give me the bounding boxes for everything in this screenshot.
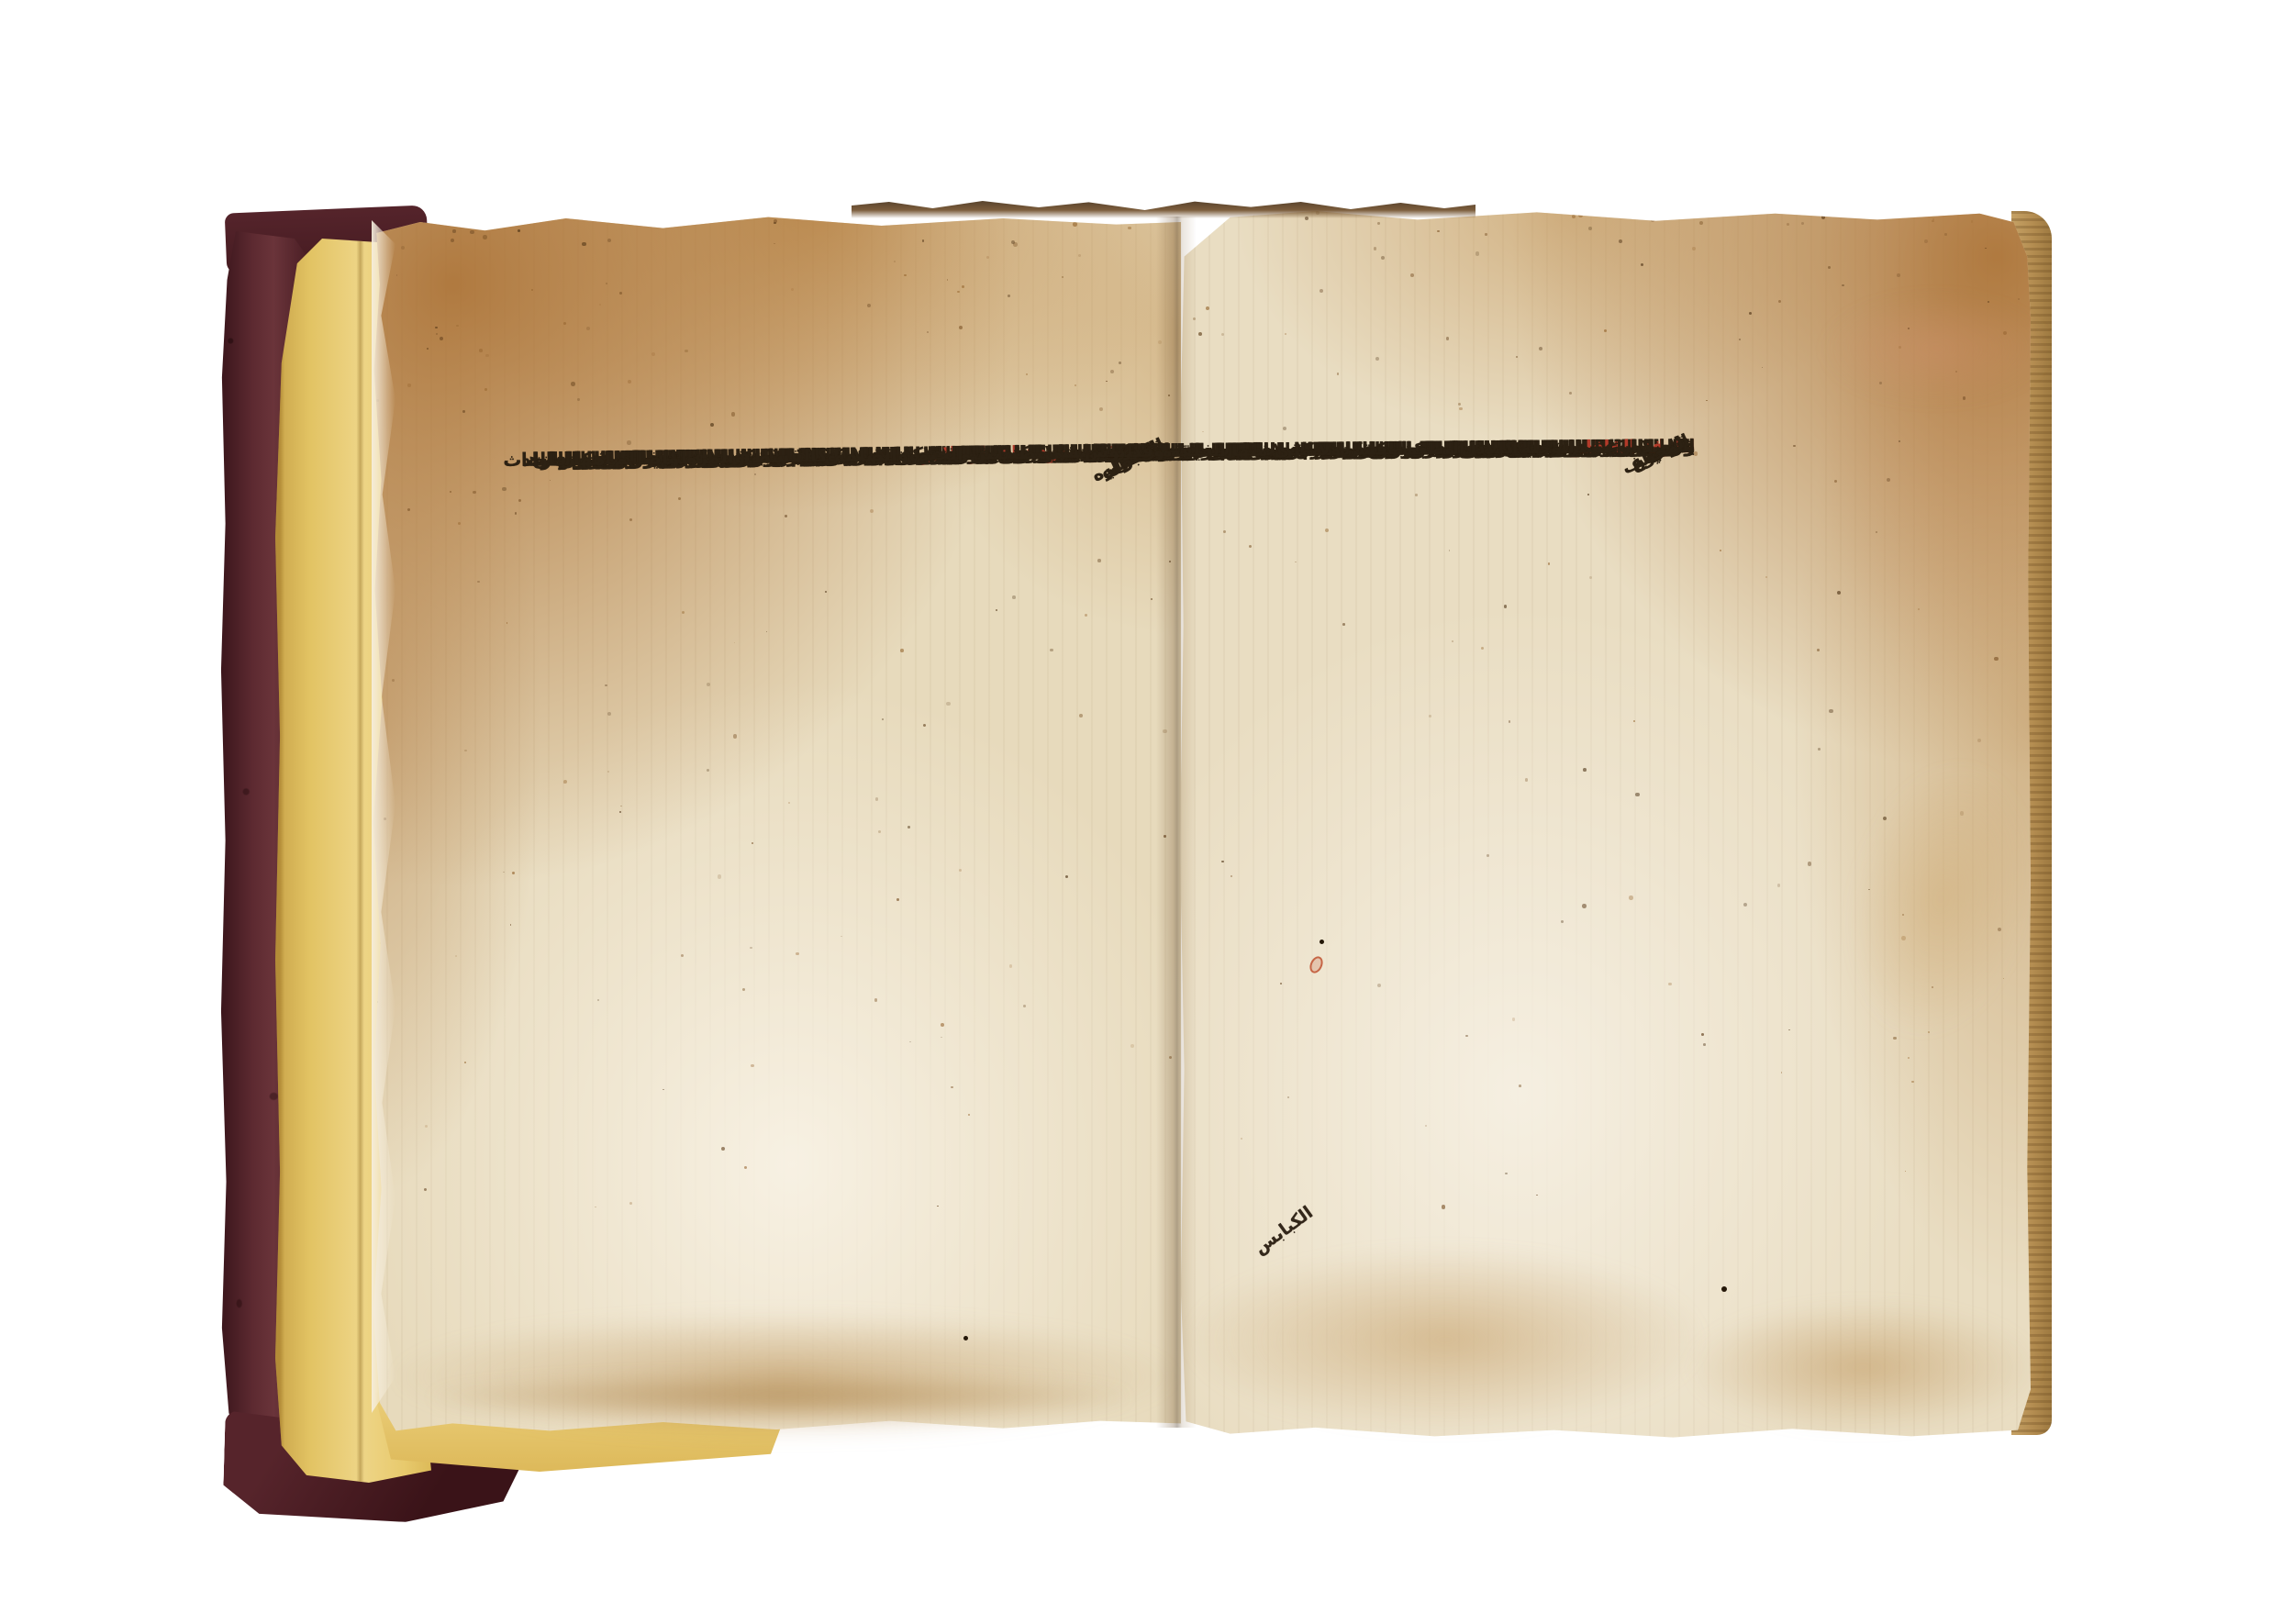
foxing-speck	[392, 679, 395, 682]
foxing-speck	[1320, 289, 1323, 293]
foxing-speck	[1337, 373, 1340, 375]
foxing-speck	[1949, 207, 1951, 209]
foxing-speck	[875, 797, 879, 801]
foxing-speck	[882, 718, 884, 720]
foxing-speck	[874, 998, 878, 1002]
foxing-speck	[731, 412, 736, 417]
foxing-speck	[1249, 545, 1252, 548]
foxing-speck	[922, 239, 925, 242]
foxing-speck	[706, 211, 707, 213]
foxing-speck	[1720, 212, 1721, 214]
foxing-speck	[1850, 210, 1852, 212]
foxing-speck	[1130, 1044, 1134, 1048]
foxing-speck	[1381, 256, 1385, 260]
foxing-speck	[1699, 221, 1703, 225]
foxing-speck	[1706, 400, 1708, 402]
foxing-speck	[572, 211, 574, 214]
foxing-speck	[1012, 595, 1016, 599]
foxing-speck	[1425, 1125, 1428, 1128]
foxing-speck	[1459, 407, 1463, 411]
foxing-speck	[1918, 608, 1920, 610]
foxing-speck	[1561, 920, 1564, 923]
foxing-speck	[651, 352, 656, 357]
foxing-speck	[1692, 247, 1696, 250]
foxing-speck	[1588, 227, 1592, 230]
foxing-speck	[941, 1037, 942, 1039]
foxing-speck	[518, 499, 521, 502]
foxing-speck	[1644, 209, 1648, 213]
foxing-speck	[1009, 964, 1013, 968]
foxing-speck	[894, 261, 896, 262]
foxing-speck	[957, 291, 960, 294]
foxing-speck	[947, 279, 949, 281]
foxing-speck	[1604, 329, 1607, 332]
foxing-speck	[1634, 208, 1637, 211]
pink-smear-top-right	[1821, 294, 2051, 404]
foxing-speck	[1828, 266, 1831, 269]
manuscript-photo: الراسي يحون الريح والمرو سهمان جوز الريح…	[0, 0, 2294, 1624]
foxing-speck	[1818, 748, 1821, 751]
foxing-speck	[1476, 251, 1480, 256]
foxing-speck	[1536, 1195, 1538, 1196]
foxing-speck	[1375, 357, 1379, 361]
foxing-speck	[766, 631, 768, 633]
foxing-speck	[518, 229, 520, 232]
foxing-speck	[1099, 407, 1103, 411]
foxing-speck	[742, 988, 745, 991]
foxing-speck	[1589, 576, 1593, 580]
foxing-speck	[682, 611, 685, 614]
foxing-speck	[424, 1188, 427, 1191]
foxing-speck	[1765, 576, 1767, 578]
foxing-speck	[1837, 591, 1841, 595]
foxing-speck	[1011, 240, 1015, 244]
foxing-speck	[607, 239, 611, 242]
foxing-speck	[1578, 213, 1583, 217]
foxing-speck	[908, 826, 910, 829]
foxing-speck	[1283, 427, 1286, 430]
foxing-speck	[1582, 904, 1587, 908]
foxing-speck	[1834, 480, 1837, 483]
foxing-speck	[473, 491, 475, 494]
foxing-speck	[1650, 215, 1654, 218]
foxing-speck	[477, 581, 479, 583]
foxing-speck	[1026, 373, 1028, 375]
darkened-head-edge	[852, 200, 1476, 218]
foxing-speck	[1572, 215, 1576, 218]
foxing-speck	[785, 515, 787, 517]
foxing-speck	[1128, 227, 1130, 229]
foxing-speck	[629, 518, 632, 521]
gutter-fold-shadow	[1156, 217, 1197, 1428]
foxing-speck	[485, 354, 488, 357]
foxing-speck	[607, 712, 611, 716]
foxing-speck	[1487, 854, 1489, 857]
foxing-speck	[1073, 222, 1077, 227]
foxing-speck	[986, 256, 989, 259]
foxing-speck	[1490, 207, 1494, 211]
foxing-speck	[1415, 494, 1417, 495]
foxing-speck	[1994, 657, 1998, 661]
foxing-speck	[900, 649, 904, 652]
foxing-speck	[464, 750, 467, 752]
foxing-speck	[628, 380, 631, 384]
foxing-speck	[1519, 1085, 1521, 1087]
foxing-speck	[874, 218, 877, 221]
foxing-speck	[1198, 332, 1202, 336]
foxing-speck	[1202, 431, 1204, 433]
foxing-speck	[1793, 445, 1796, 448]
foxing-speck	[577, 398, 579, 400]
foxing-speck	[878, 830, 881, 833]
foxing-speck	[597, 999, 599, 1001]
foxing-speck	[951, 1086, 953, 1089]
foxing-speck	[721, 1147, 725, 1151]
foxing-speck	[1023, 1005, 1026, 1007]
foxing-speck	[401, 246, 405, 250]
foxing-speck	[599, 304, 601, 306]
foxing-speck	[1898, 207, 1899, 209]
foxing-speck	[1241, 1138, 1242, 1140]
foxing-speck	[436, 333, 438, 335]
foxing-speck	[1905, 1171, 1907, 1173]
foxing-speck	[629, 1202, 632, 1205]
foxing-speck	[620, 806, 622, 807]
foxing-speck	[1097, 559, 1101, 562]
foxing-speck	[1817, 649, 1820, 651]
foxing-speck	[484, 388, 487, 391]
foxing-speck	[1221, 333, 1225, 337]
foxing-speck	[750, 947, 752, 950]
foxing-speck	[1778, 300, 1781, 303]
foxing-speck	[1075, 384, 1076, 386]
foxing-speck	[1718, 213, 1720, 216]
foxing-speck	[571, 382, 575, 386]
foxing-speck	[396, 274, 398, 276]
foxing-speck	[1720, 550, 1721, 551]
foxing-speck	[1977, 739, 1982, 743]
foxing-speck	[563, 322, 566, 325]
foxing-speck	[1924, 239, 1928, 243]
foxing-speck	[1762, 367, 1764, 369]
foxing-speck	[791, 288, 795, 292]
foxing-speck	[1410, 273, 1414, 277]
foxing-speck	[1980, 208, 1982, 210]
foxing-speck	[462, 410, 465, 413]
foxing-speck	[470, 230, 474, 235]
ink-dot	[1320, 940, 1324, 944]
foxing-speck	[1449, 550, 1451, 551]
foxing-speck	[1119, 362, 1121, 364]
foxing-speck	[1078, 254, 1081, 257]
foxing-speck	[1897, 273, 1900, 277]
foxing-speck	[1641, 263, 1643, 266]
foxing-speck	[1842, 284, 1844, 287]
foxing-speck	[1106, 381, 1108, 383]
foxing-speck	[1633, 720, 1635, 722]
foxing-speck	[1911, 1081, 1914, 1084]
foxing-speck	[681, 954, 684, 957]
foxing-speck	[550, 480, 551, 482]
foxing-speck	[1110, 370, 1114, 373]
foxing-speck	[573, 212, 575, 214]
foxing-speck	[1781, 1072, 1783, 1073]
foxing-speck	[1801, 222, 1804, 225]
foxing-speck	[904, 274, 907, 277]
foxing-speck	[619, 811, 621, 813]
foxing-speck	[451, 239, 454, 242]
foxing-speck	[1062, 276, 1064, 279]
foxing-speck	[896, 898, 899, 901]
foxing-speck	[870, 509, 874, 513]
foxing-speck	[946, 702, 950, 706]
foxing-speck	[1079, 714, 1083, 717]
foxing-speck	[962, 285, 964, 288]
foxing-speck	[595, 1207, 596, 1208]
foxing-speck	[456, 325, 459, 328]
foxing-speck	[796, 952, 798, 955]
foxing-speck	[407, 384, 410, 386]
foxing-speck	[1749, 312, 1752, 315]
foxing-speck	[1287, 1096, 1289, 1098]
foxing-speck	[1231, 875, 1232, 877]
foxing-speck	[1050, 649, 1052, 651]
foxing-speck	[1788, 1029, 1790, 1031]
foxing-speck	[718, 874, 722, 879]
foxing-speck	[1516, 356, 1518, 358]
foxing-speck	[1787, 223, 1790, 227]
foxing-speck	[1008, 295, 1010, 297]
foxing-speck	[1437, 230, 1440, 233]
foxing-speck	[968, 1114, 970, 1116]
foxing-speck	[1481, 647, 1484, 650]
foxing-speck	[1703, 1043, 1706, 1046]
foxing-speck	[685, 350, 688, 353]
foxing-speck	[788, 802, 790, 804]
foxing-speck	[450, 491, 451, 493]
foxing-speck	[2018, 298, 2020, 300]
foxing-speck	[752, 842, 754, 845]
foxing-speck	[1504, 605, 1507, 607]
foxing-speck	[909, 1041, 911, 1043]
foxing-speck	[937, 1206, 939, 1207]
foxing-speck	[483, 235, 487, 239]
foxing-speck	[1505, 1173, 1508, 1175]
foxing-speck	[1525, 778, 1529, 782]
foxing-speck	[1569, 392, 1572, 395]
foxing-speck	[1944, 233, 1947, 236]
foxing-speck	[1985, 248, 1987, 250]
foxing-speck	[586, 327, 590, 330]
foxing-speck	[1295, 562, 1297, 563]
foxing-speck	[440, 337, 443, 340]
foxing-speck	[1971, 220, 1974, 223]
foxing-speck	[774, 243, 775, 245]
foxing-speck	[582, 242, 585, 246]
foxing-speck	[1085, 614, 1087, 617]
foxing-speck	[1562, 210, 1565, 213]
foxing-speck	[1548, 562, 1551, 565]
foxing-speck	[1465, 1035, 1467, 1037]
foxing-speck	[959, 869, 962, 872]
foxing-speck	[458, 522, 461, 525]
foxing-speck	[507, 622, 508, 624]
foxing-speck	[1829, 709, 1832, 713]
foxing-speck	[425, 1125, 428, 1128]
foxing-speck	[959, 326, 963, 329]
foxing-speck	[1342, 623, 1345, 626]
foxing-speck	[510, 924, 512, 926]
foxing-speck	[713, 211, 715, 213]
foxing-speck	[707, 769, 709, 772]
foxing-speck	[605, 684, 607, 687]
foxing-speck	[1739, 339, 1741, 340]
foxing-speck	[996, 609, 997, 611]
foxing-speck	[515, 512, 518, 515]
foxing-speck	[1429, 715, 1431, 717]
foxing-speck	[1377, 984, 1381, 987]
foxing-speck	[1908, 1057, 1910, 1059]
foxing-speck	[1151, 598, 1153, 600]
waterstain-left-bottom-rim	[431, 1374, 1129, 1420]
foxing-speck	[1587, 494, 1589, 495]
foxing-speck	[751, 1064, 754, 1068]
ink-dot	[1721, 1286, 1727, 1292]
foxing-speck	[502, 487, 507, 492]
foxing-speck	[1887, 478, 1890, 482]
foxing-speck	[1932, 220, 1934, 223]
foxing-speck	[1509, 720, 1511, 723]
foxing-speck	[1485, 233, 1487, 235]
foxing-speck	[1280, 983, 1282, 984]
foxing-speck	[631, 211, 634, 214]
foxing-speck	[1635, 793, 1639, 796]
foxing-speck	[793, 213, 796, 216]
foxing-speck	[923, 724, 926, 727]
foxing-speck	[427, 348, 429, 350]
foxing-speck	[1206, 306, 1209, 310]
foxing-speck	[1808, 862, 1811, 865]
foxing-speck	[1651, 218, 1654, 222]
foxing-speck	[734, 642, 736, 644]
foxing-speck	[1116, 220, 1119, 223]
foxing-speck	[435, 327, 438, 329]
foxing-speck	[1821, 215, 1826, 219]
foxing-speck	[455, 955, 457, 957]
foxing-speck	[1452, 640, 1453, 642]
foxing-speck	[1377, 222, 1379, 224]
foxing-speck	[512, 872, 515, 874]
foxing-speck	[531, 289, 533, 291]
foxing-speck	[927, 331, 929, 333]
foxing-speck	[619, 292, 622, 295]
foxing-speck	[1325, 528, 1330, 533]
foxing-speck	[503, 872, 505, 873]
foxing-speck	[707, 683, 710, 686]
foxing-speck	[1374, 247, 1377, 250]
foxing-speck	[479, 349, 483, 352]
foxing-speck	[1458, 403, 1462, 406]
foxing-speck	[452, 229, 456, 233]
foxing-speck	[2003, 978, 2005, 980]
foxing-speck	[867, 304, 871, 307]
foxing-speck	[1876, 531, 1877, 533]
foxing-speck	[744, 1166, 748, 1170]
foxing-speck	[407, 508, 410, 511]
foxing-speck	[1899, 440, 1900, 442]
foxing-speck	[663, 1089, 664, 1091]
ink-dot	[963, 1336, 968, 1340]
foxing-speck	[1893, 1037, 1896, 1040]
foxing-speck	[1446, 337, 1450, 340]
ink-text: الى بدون يسير وحبه كالادل وطعم وقشر ولا …	[1085, 429, 1696, 470]
foxing-speck	[1769, 207, 1773, 211]
foxing-speck	[1629, 895, 1633, 900]
foxing-speck	[1065, 875, 1069, 879]
foxing-speck	[1743, 903, 1747, 907]
waterstain-right-bottomright	[1688, 1303, 2037, 1431]
foxing-speck	[606, 283, 607, 284]
foxing-speck	[1285, 333, 1286, 335]
foxing-speck	[1221, 861, 1224, 863]
foxing-speck	[1512, 1018, 1516, 1021]
waterstain-right-bottomleft	[1188, 1248, 1702, 1431]
foxing-speck	[841, 936, 842, 938]
foxing-speck	[1777, 884, 1780, 886]
foxing-speck	[941, 1023, 944, 1027]
foxing-speck	[1583, 768, 1587, 772]
foxing-speck	[710, 423, 714, 427]
foxing-speck	[1701, 1033, 1704, 1036]
foxing-speck	[1539, 347, 1542, 350]
foxing-speck	[1223, 530, 1226, 533]
left-page	[372, 211, 1181, 1433]
foxing-speck	[1442, 1205, 1445, 1208]
foxing-speck	[1550, 207, 1553, 210]
foxing-speck	[774, 219, 777, 223]
foxing-speck	[678, 497, 682, 501]
foxing-speck	[825, 591, 827, 593]
foxing-speck	[710, 217, 714, 221]
foxing-speck	[1668, 983, 1672, 986]
foxing-speck	[607, 771, 609, 773]
foxing-speck	[733, 734, 738, 739]
foxing-speck	[1619, 239, 1623, 244]
foxing-speck	[464, 1062, 466, 1063]
